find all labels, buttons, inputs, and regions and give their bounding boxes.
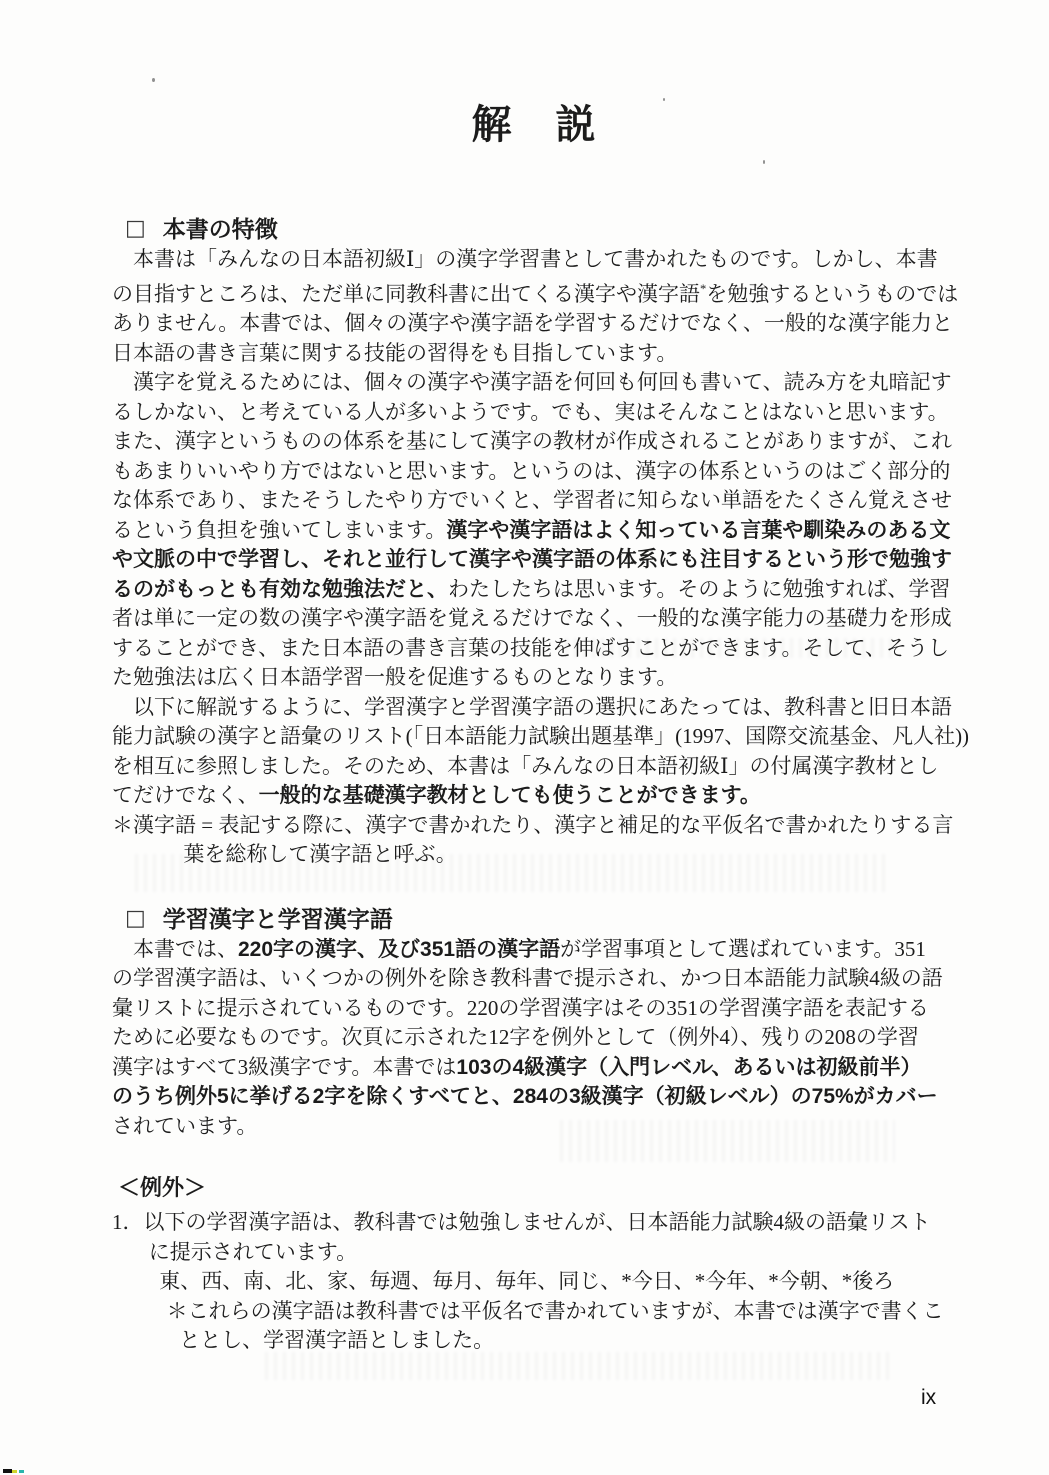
section-header: □ 学習漢字と学習漢字語	[125, 905, 957, 933]
section-study-kanji-words: □ 学習漢字と学習漢字語 本書では、220字の漢字、及び351語の漢字語が学習事…	[112, 905, 957, 1142]
exceptions-body-text: 1．以下の学習漢字語は、教科書では勉強しませんが、日本語能力試験4級の語彙リスト…	[112, 1208, 957, 1356]
section-body-text: 本書は「みんなの日本語初級Ⅰ」の漢字学習書として書かれたものです。しかし、本書の…	[112, 245, 957, 870]
section-header: □ 本書の特徴	[125, 215, 957, 243]
section-exceptions: ＜例外＞ 1．以下の学習漢字語は、教科書では勉強しませんが、日本語能力試験4級の…	[112, 1174, 957, 1356]
page-title: 解 説	[112, 0, 957, 148]
scan-edge-artifact	[3, 1469, 25, 1474]
page-number: ix	[921, 1386, 936, 1410]
section-heading: 本書の特徴	[163, 215, 278, 243]
section-book-features: □ 本書の特徴 本書は「みんなの日本語初級Ⅰ」の漢字学習書として書かれたものです…	[112, 215, 957, 870]
section-body-text: 本書では、220字の漢字、及び351語の漢字語が学習事項として選ばれています。3…	[112, 935, 957, 1142]
square-bullet-icon: □	[125, 905, 146, 933]
document-page: 解 説 □ 本書の特徴 本書は「みんなの日本語初級Ⅰ」の漢字学習書として書かれた…	[0, 0, 1049, 1475]
ink-bleed-smudge	[265, 1352, 895, 1380]
scan-speck	[763, 160, 765, 164]
scan-speck	[663, 98, 665, 101]
text-column: 解 説 □ 本書の特徴 本書は「みんなの日本語初級Ⅰ」の漢字学習書として書かれた…	[112, 0, 957, 1356]
square-bullet-icon: □	[125, 215, 146, 243]
scan-speck	[152, 78, 155, 82]
section-heading: 学習漢字と学習漢字語	[163, 905, 393, 933]
exceptions-heading: ＜例外＞	[118, 1174, 957, 1202]
